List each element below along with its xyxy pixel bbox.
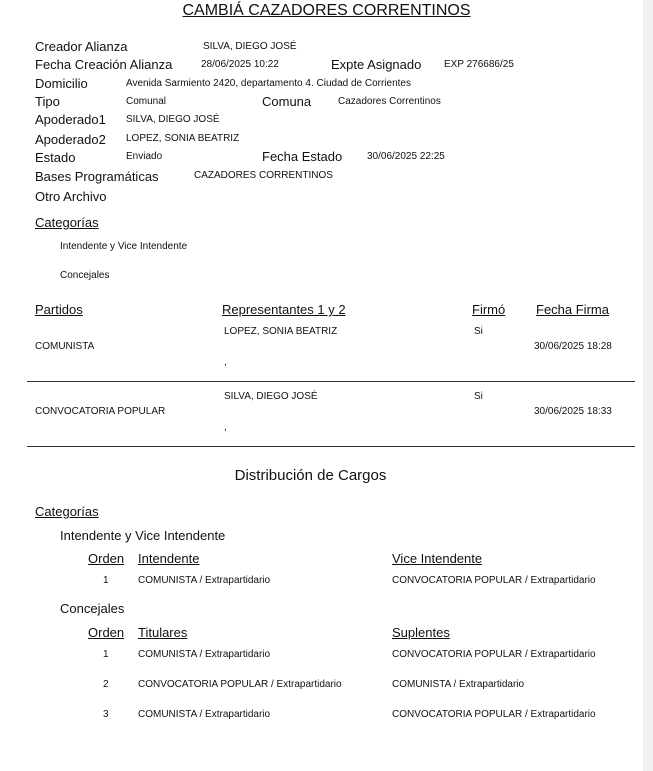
- fecha-firma-value: 30/06/2025 18:28: [534, 341, 612, 352]
- categoria-item: Intendente y Vice Intendente: [60, 241, 187, 252]
- categorias-heading: Categorías: [35, 215, 99, 230]
- suplente-value: COMUNISTA / Extrapartidario: [392, 679, 524, 690]
- scrollbar-track[interactable]: [643, 0, 653, 771]
- firmo-value: Si: [474, 391, 483, 402]
- partido-name: COMUNISTA: [35, 341, 94, 352]
- expte-value: EXP 276686/25: [444, 59, 514, 70]
- otro-archivo-label: Otro Archivo: [35, 189, 107, 204]
- representante2: ,: [224, 357, 227, 368]
- creador-label: Creador Alianza: [35, 39, 128, 54]
- intendente-header: Intendente: [138, 551, 199, 566]
- suplente-value: CONVOCATORIA POPULAR / Extrapartidario: [392, 709, 596, 720]
- fecha-creacion-value: 28/06/2025 10:22: [201, 59, 279, 70]
- categoria-item: Concejales: [60, 270, 109, 281]
- apoderado1-value: SILVA, DIEGO JOSÉ: [126, 114, 220, 125]
- orden-value: 1: [103, 649, 109, 660]
- comuna-value: Cazadores Correntinos: [338, 96, 441, 107]
- titulares-header: Titulares: [138, 625, 187, 640]
- representante2: ,: [224, 422, 227, 433]
- domicilio-label: Domicilio: [35, 76, 88, 91]
- partido-name: CONVOCATORIA POPULAR: [35, 406, 165, 417]
- representantes-header: Representantes 1 y 2: [222, 302, 346, 317]
- suplentes-header: Suplentes: [392, 625, 450, 640]
- distribucion-categorias-heading: Categorías: [35, 504, 99, 519]
- concejales-category-name: Concejales: [60, 601, 124, 616]
- orden-value: 3: [103, 709, 109, 720]
- document-page: CAMBIÁ CAZADORES CORRENTINOS Creador Ali…: [0, 0, 643, 771]
- titular-value: COMUNISTA / Extrapartidario: [138, 709, 270, 720]
- orden-header: Orden: [88, 551, 124, 566]
- firmo-header: Firmó: [472, 302, 505, 317]
- creador-value: SILVA, DIEGO JOSÉ: [203, 41, 297, 52]
- estado-label: Estado: [35, 150, 75, 165]
- suplente-value: CONVOCATORIA POPULAR / Extrapartidario: [392, 649, 596, 660]
- titular-value: CONVOCATORIA POPULAR / Extrapartidario: [138, 679, 342, 690]
- row-divider: [27, 446, 635, 447]
- bases-label: Bases Programáticas: [35, 169, 159, 184]
- tipo-value: Comunal: [126, 96, 166, 107]
- apoderado1-label: Apoderado1: [35, 112, 106, 127]
- fecha-estado-label: Fecha Estado: [262, 149, 342, 164]
- fecha-creacion-label: Fecha Creación Alianza: [35, 57, 172, 72]
- partidos-header: Partidos: [35, 302, 83, 317]
- orden-value: 2: [103, 679, 109, 690]
- estado-value: Enviado: [126, 151, 162, 162]
- vice-intendente-value: CONVOCATORIA POPULAR / Extrapartidario: [392, 575, 596, 586]
- comuna-label: Comuna: [262, 94, 311, 109]
- domicilio-value: Avenida Sarmiento 2420, departamento 4. …: [126, 78, 411, 89]
- tipo-label: Tipo: [35, 94, 60, 109]
- bases-value: CAZADORES CORRENTINOS: [194, 170, 333, 181]
- apoderado2-value: LOPEZ, SONIA BEATRIZ: [126, 133, 239, 144]
- orden-header: Orden: [88, 625, 124, 640]
- fecha-estado-value: 30/06/2025 22:25: [367, 151, 445, 162]
- distribucion-title: Distribución de Cargos: [0, 467, 621, 484]
- fecha-firma-value: 30/06/2025 18:33: [534, 406, 612, 417]
- fecha-firma-header: Fecha Firma: [536, 302, 609, 317]
- row-divider: [27, 381, 635, 382]
- representante1: LOPEZ, SONIA BEATRIZ: [224, 326, 337, 337]
- titular-value: COMUNISTA / Extrapartidario: [138, 649, 270, 660]
- intendente-value: COMUNISTA / Extrapartidario: [138, 575, 270, 586]
- apoderado2-label: Apoderado2: [35, 132, 106, 147]
- expte-label: Expte Asignado: [331, 57, 421, 72]
- firmo-value: Si: [474, 326, 483, 337]
- intendente-category-name: Intendente y Vice Intendente: [60, 528, 225, 543]
- orden-value: 1: [103, 575, 109, 586]
- vice-intendente-header: Vice Intendente: [392, 551, 482, 566]
- representante1: SILVA, DIEGO JOSÉ: [224, 391, 318, 402]
- document-title: CAMBIÁ CAZADORES CORRENTINOS: [0, 2, 653, 20]
